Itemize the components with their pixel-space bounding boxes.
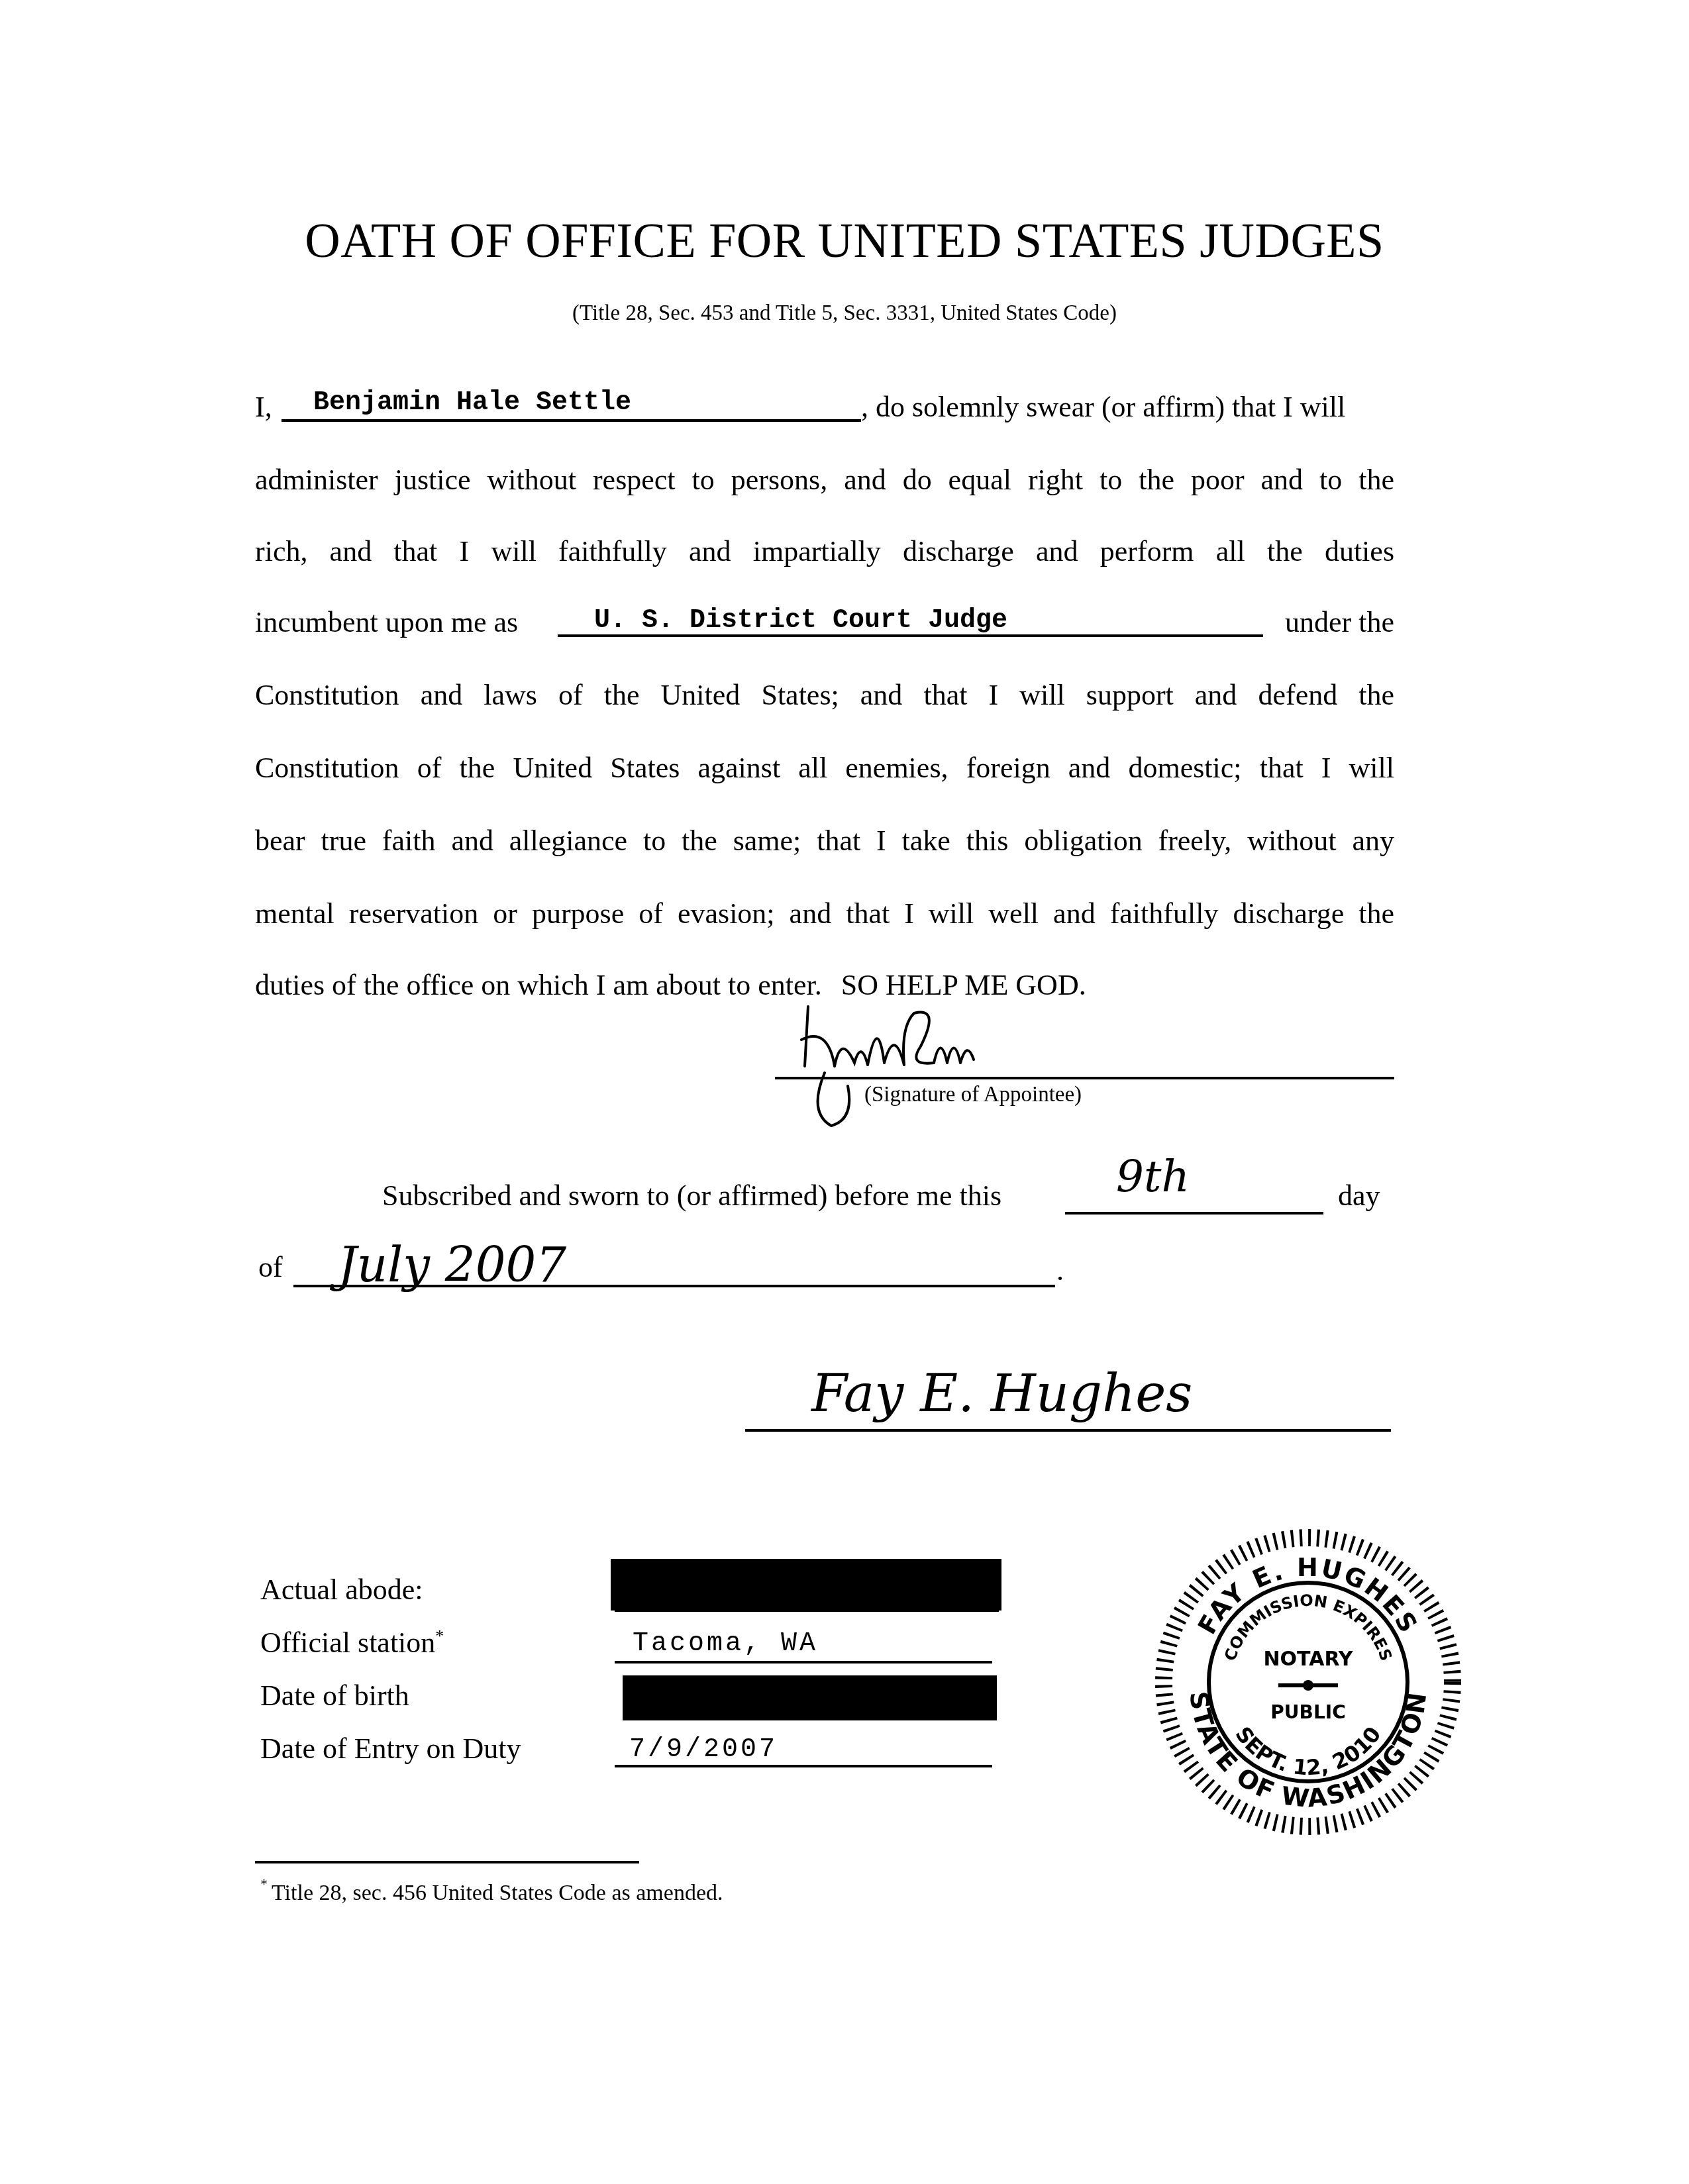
footnote-text: Title 28, sec. 456 United States Code as… xyxy=(272,1881,723,1906)
oath-line-1: I, Benjamin Hale Settle , do solemnly sw… xyxy=(255,387,1394,427)
oath-prefix: I, xyxy=(255,391,272,423)
oath-line-8: mental reservation or purpose of evasion… xyxy=(255,894,1394,934)
sworn-day-value: 9th xyxy=(1116,1151,1190,1202)
oath-line-3: rich, and that I will faithfully and imp… xyxy=(255,532,1394,571)
field-label-actual-abode: Actual abode: xyxy=(260,1573,423,1607)
notary-seal-icon: FAY E. HUGHES COMMISSION EXPIRES STATE O… xyxy=(1149,1523,1467,1841)
oath-line-7: bear true faith and allegiance to the sa… xyxy=(255,821,1394,861)
appointee-name: Benjamin Hale Settle xyxy=(313,383,631,423)
sworn-end: . xyxy=(1056,1254,1064,1287)
actual-abode-line xyxy=(615,1609,999,1612)
official-station-value: Tacoma, WA xyxy=(633,1629,818,1659)
footnote-mark: * xyxy=(435,1626,444,1646)
sworn-month-year-value: July 2007 xyxy=(338,1237,566,1293)
appointee-signature-icon xyxy=(768,987,1047,1132)
sworn-day-label: day xyxy=(1338,1179,1380,1213)
oath-after-name: , do solemnly swear (or affirm) that I w… xyxy=(861,387,1345,427)
sworn-day-line xyxy=(1065,1212,1323,1215)
field-label-date-of-birth: Date of birth xyxy=(260,1679,409,1712)
date-of-entry-line xyxy=(615,1765,992,1767)
oath-line-6: Constitution of the United States agains… xyxy=(255,748,1394,788)
field-label-official-station: Official station* xyxy=(260,1626,444,1660)
svg-text:PUBLIC: PUBLIC xyxy=(1270,1701,1345,1723)
appointee-signature-line xyxy=(775,1077,1394,1079)
oath-line-2: administer justice without respect to pe… xyxy=(255,460,1394,500)
date-of-entry-value: 7/9/2007 xyxy=(629,1735,778,1765)
appointee-position: U. S. District Court Judge xyxy=(594,601,1007,641)
sworn-of-label: of xyxy=(258,1250,283,1284)
oath-line-4: incumbent upon me as U. S. District Cour… xyxy=(255,603,1394,642)
oath-line-4-prefix: incumbent upon me as xyxy=(255,606,518,638)
footnote-marker: * xyxy=(260,1875,268,1893)
footnote-rule xyxy=(255,1861,639,1863)
svg-text:NOTARY: NOTARY xyxy=(1263,1648,1353,1671)
notary-signature-line xyxy=(745,1429,1391,1432)
document-subtitle: (Title 28, Sec. 453 and Title 5, Sec. 33… xyxy=(0,301,1689,326)
appointee-signature-caption: (Signature of Appointee) xyxy=(864,1083,1082,1107)
oath-line-9-text: duties of the office on which I am about… xyxy=(255,969,822,1001)
redacted-date-of-birth xyxy=(623,1675,997,1720)
oath-line-5: Constitution and laws of the United Stat… xyxy=(255,675,1394,715)
official-station-line xyxy=(615,1661,992,1663)
document-title: OATH OF OFFICE FOR UNITED STATES JUDGES xyxy=(0,213,1689,270)
official-station-label-text: Official station xyxy=(260,1626,435,1659)
oath-line-4-suffix: under the xyxy=(1285,603,1394,642)
notary-signature: Fay E. Hughes xyxy=(811,1364,1192,1424)
redacted-actual-abode xyxy=(611,1559,1001,1611)
field-label-date-of-entry: Date of Entry on Duty xyxy=(260,1732,521,1765)
sworn-text: Subscribed and sworn to (or affirmed) be… xyxy=(382,1179,1001,1213)
